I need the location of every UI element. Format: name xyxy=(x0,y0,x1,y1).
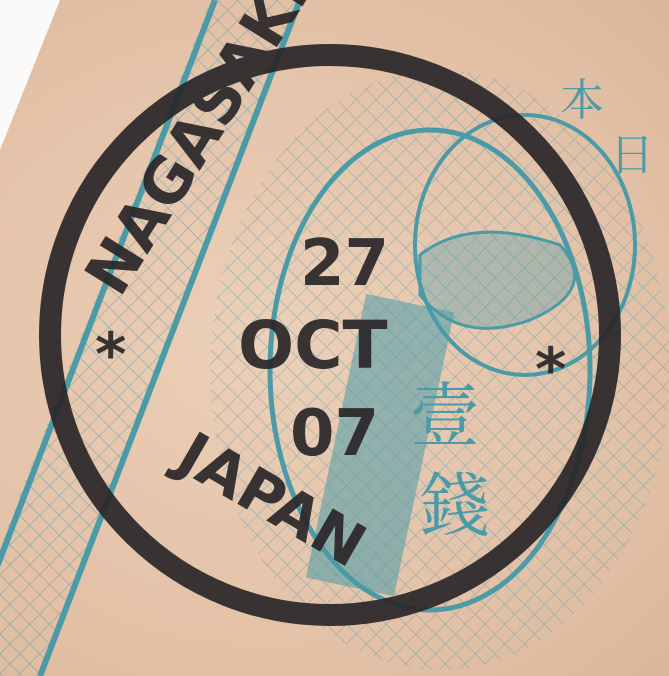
svg-text:*: * xyxy=(535,335,566,405)
svg-text:日: 日 xyxy=(610,130,654,181)
postmark-illustration: 本 日 壹 錢 NAGASAKI 27 OCT 07 JAPAN * * xyxy=(0,0,669,676)
svg-text:本: 本 xyxy=(560,75,604,126)
postmark-month: OCT xyxy=(238,307,388,384)
svg-text:*: * xyxy=(95,320,126,390)
svg-text:錢: 錢 xyxy=(420,465,490,547)
postmark-year: 07 xyxy=(290,397,379,471)
postmark-day: 27 xyxy=(300,227,389,301)
svg-text:壹: 壹 xyxy=(410,375,480,457)
